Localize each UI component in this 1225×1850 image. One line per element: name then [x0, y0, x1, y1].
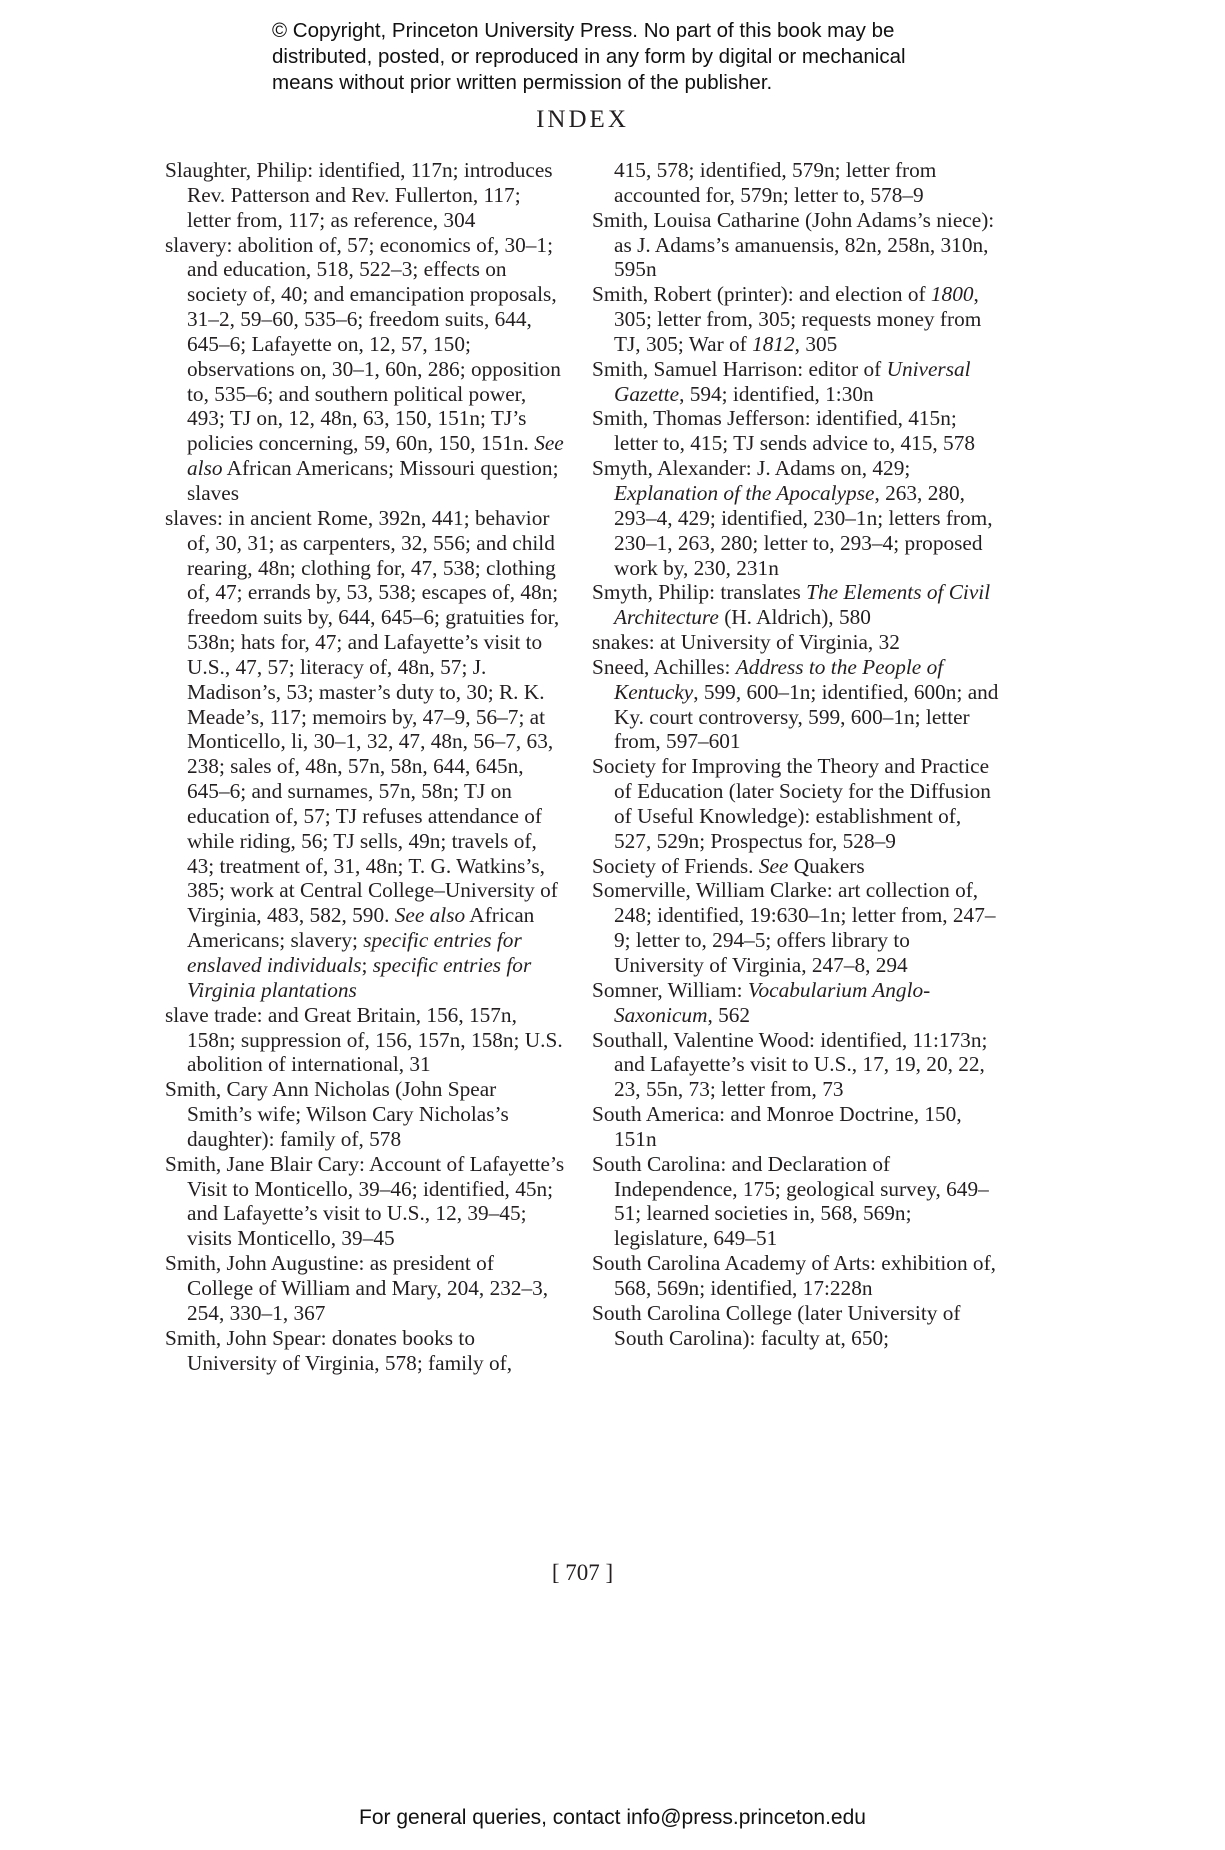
index-entry: South America: and Monroe Doctrine, 150,…: [592, 1102, 1000, 1152]
entry-text: African Americans; Missouri question; sl…: [187, 456, 558, 505]
entry-text: Smith, John Spear: donates books to Univ…: [165, 1326, 512, 1375]
index-entry: Society for Improving the Theory and Pra…: [592, 754, 1000, 853]
entry-text: South Carolina College (later University…: [592, 1301, 960, 1350]
entry-text: Smith, Jane Blair Cary: Account of Lafay…: [165, 1152, 564, 1251]
index-entry: Smith, Cary Ann Nicholas (John Spear Smi…: [165, 1077, 565, 1152]
entry-text: slaves: in ancient Rome, 392n, 441; beha…: [165, 506, 559, 928]
entry-text: Society of Friends.: [592, 854, 759, 878]
index-entry: Southall, Valentine Wood: identified, 11…: [592, 1028, 1000, 1103]
index-entry: South Carolina Academy of Arts: exhibiti…: [592, 1251, 1000, 1301]
entry-text: South America: and Monroe Doctrine, 150,…: [592, 1102, 962, 1151]
index-entry: Society of Friends. See Quakers: [592, 854, 1000, 879]
index-entry: Smith, Thomas Jefferson: identified, 415…: [592, 406, 1000, 456]
entry-text: (H. Aldrich), 580: [719, 605, 871, 629]
index-entry: slave trade: and Great Britain, 156, 157…: [165, 1003, 565, 1078]
footer-contact: For general queries, contact info@press.…: [0, 1806, 1225, 1830]
index-entry: Smyth, Philip: translates The Elements o…: [592, 580, 1000, 630]
index-entry: South Carolina: and Declaration of Indep…: [592, 1152, 1000, 1251]
entry-text: Smith, Thomas Jefferson: identified, 415…: [592, 406, 975, 455]
copyright-line: distributed, posted, or reproduced in an…: [272, 44, 992, 70]
entry-text: South Carolina: and Declaration of Indep…: [592, 1152, 989, 1251]
page-number: [ 707 ]: [0, 1560, 1165, 1586]
index-entry: Smith, Louisa Catharine (John Adams’s ni…: [592, 208, 1000, 283]
index-entry: South Carolina College (later University…: [592, 1301, 1000, 1351]
entry-text: , 305: [795, 332, 838, 356]
copyright-line: © Copyright, Princeton University Press.…: [272, 18, 992, 44]
italic-text: See: [759, 854, 789, 878]
entry-text: Smith, Louisa Catharine (John Adams’s ni…: [592, 208, 994, 282]
entry-text: ;: [361, 953, 372, 977]
index-entry: Sneed, Achilles: Address to the People o…: [592, 655, 1000, 754]
entry-text: Somerville, William Clarke: art collecti…: [592, 878, 996, 977]
entry-text: 415, 578; identified, 579n; letter from …: [614, 158, 936, 207]
entry-text: , 594; identified, 1:30n: [679, 382, 874, 406]
italic-text: Explanation of the Apocalypse: [614, 481, 874, 505]
entry-text: Smyth, Alexander: J. Adams on, 429;: [592, 456, 910, 480]
index-entry: Smith, Samuel Harrison: editor of Univer…: [592, 357, 1000, 407]
entry-text: Quakers: [788, 854, 864, 878]
index-entry: Slaughter, Philip: identified, 117n; int…: [165, 158, 565, 233]
entry-text: Smith, Robert (printer): and election of: [592, 282, 931, 306]
copyright-line: means without prior written permission o…: [272, 70, 992, 96]
page-title: INDEX: [0, 106, 1165, 134]
entry-text: Society for Improving the Theory and Pra…: [592, 754, 991, 853]
entry-text: Slaughter, Philip: identified, 117n; int…: [165, 158, 553, 232]
entry-text: , 562: [707, 1003, 750, 1027]
index-entry: Smith, Robert (printer): and election of…: [592, 282, 1000, 357]
entry-text: Sneed, Achilles:: [592, 655, 736, 679]
entry-text: Smith, Cary Ann Nicholas (John Spear Smi…: [165, 1077, 509, 1151]
entry-text: Southall, Valentine Wood: identified, 11…: [592, 1028, 987, 1102]
entry-text: slave trade: and Great Britain, 156, 157…: [165, 1003, 563, 1077]
index-column-left: Slaughter, Philip: identified, 117n; int…: [165, 158, 565, 1375]
index-entry: snakes: at University of Virginia, 32: [592, 630, 1000, 655]
italic-text: 1800: [931, 282, 974, 306]
index-entry: slaves: in ancient Rome, 392n, 441; beha…: [165, 506, 565, 1003]
italic-text: See also: [395, 903, 465, 927]
index-entry: Smith, John Augustine: as president of C…: [165, 1251, 565, 1326]
index-entry-continuation: 415, 578; identified, 579n; letter from …: [592, 158, 1000, 208]
index-entry: Smyth, Alexander: J. Adams on, 429; Expl…: [592, 456, 1000, 580]
index-entry: slavery: abolition of, 57; economics of,…: [165, 233, 565, 506]
index-entry: Smith, Jane Blair Cary: Account of Lafay…: [165, 1152, 565, 1251]
entry-text: snakes: at University of Virginia, 32: [592, 630, 900, 654]
entry-text: South Carolina Academy of Arts: exhibiti…: [592, 1251, 996, 1300]
entry-text: Smith, John Augustine: as president of C…: [165, 1251, 548, 1325]
entry-text: Smith, Samuel Harrison: editor of: [592, 357, 887, 381]
entry-text: Somner, William:: [592, 978, 748, 1002]
italic-text: 1812: [752, 332, 795, 356]
index-entry: Somner, William: Vocabularium Anglo-Saxo…: [592, 978, 1000, 1028]
entry-text: slavery: abolition of, 57; economics of,…: [165, 233, 561, 456]
entry-text: Smyth, Philip: translates: [592, 580, 806, 604]
index-entry: Smith, John Spear: donates books to Univ…: [165, 1326, 565, 1376]
index-column-right: 415, 578; identified, 579n; letter from …: [592, 158, 1000, 1351]
copyright-notice: © Copyright, Princeton University Press.…: [272, 18, 992, 96]
index-entry: Somerville, William Clarke: art collecti…: [592, 878, 1000, 977]
